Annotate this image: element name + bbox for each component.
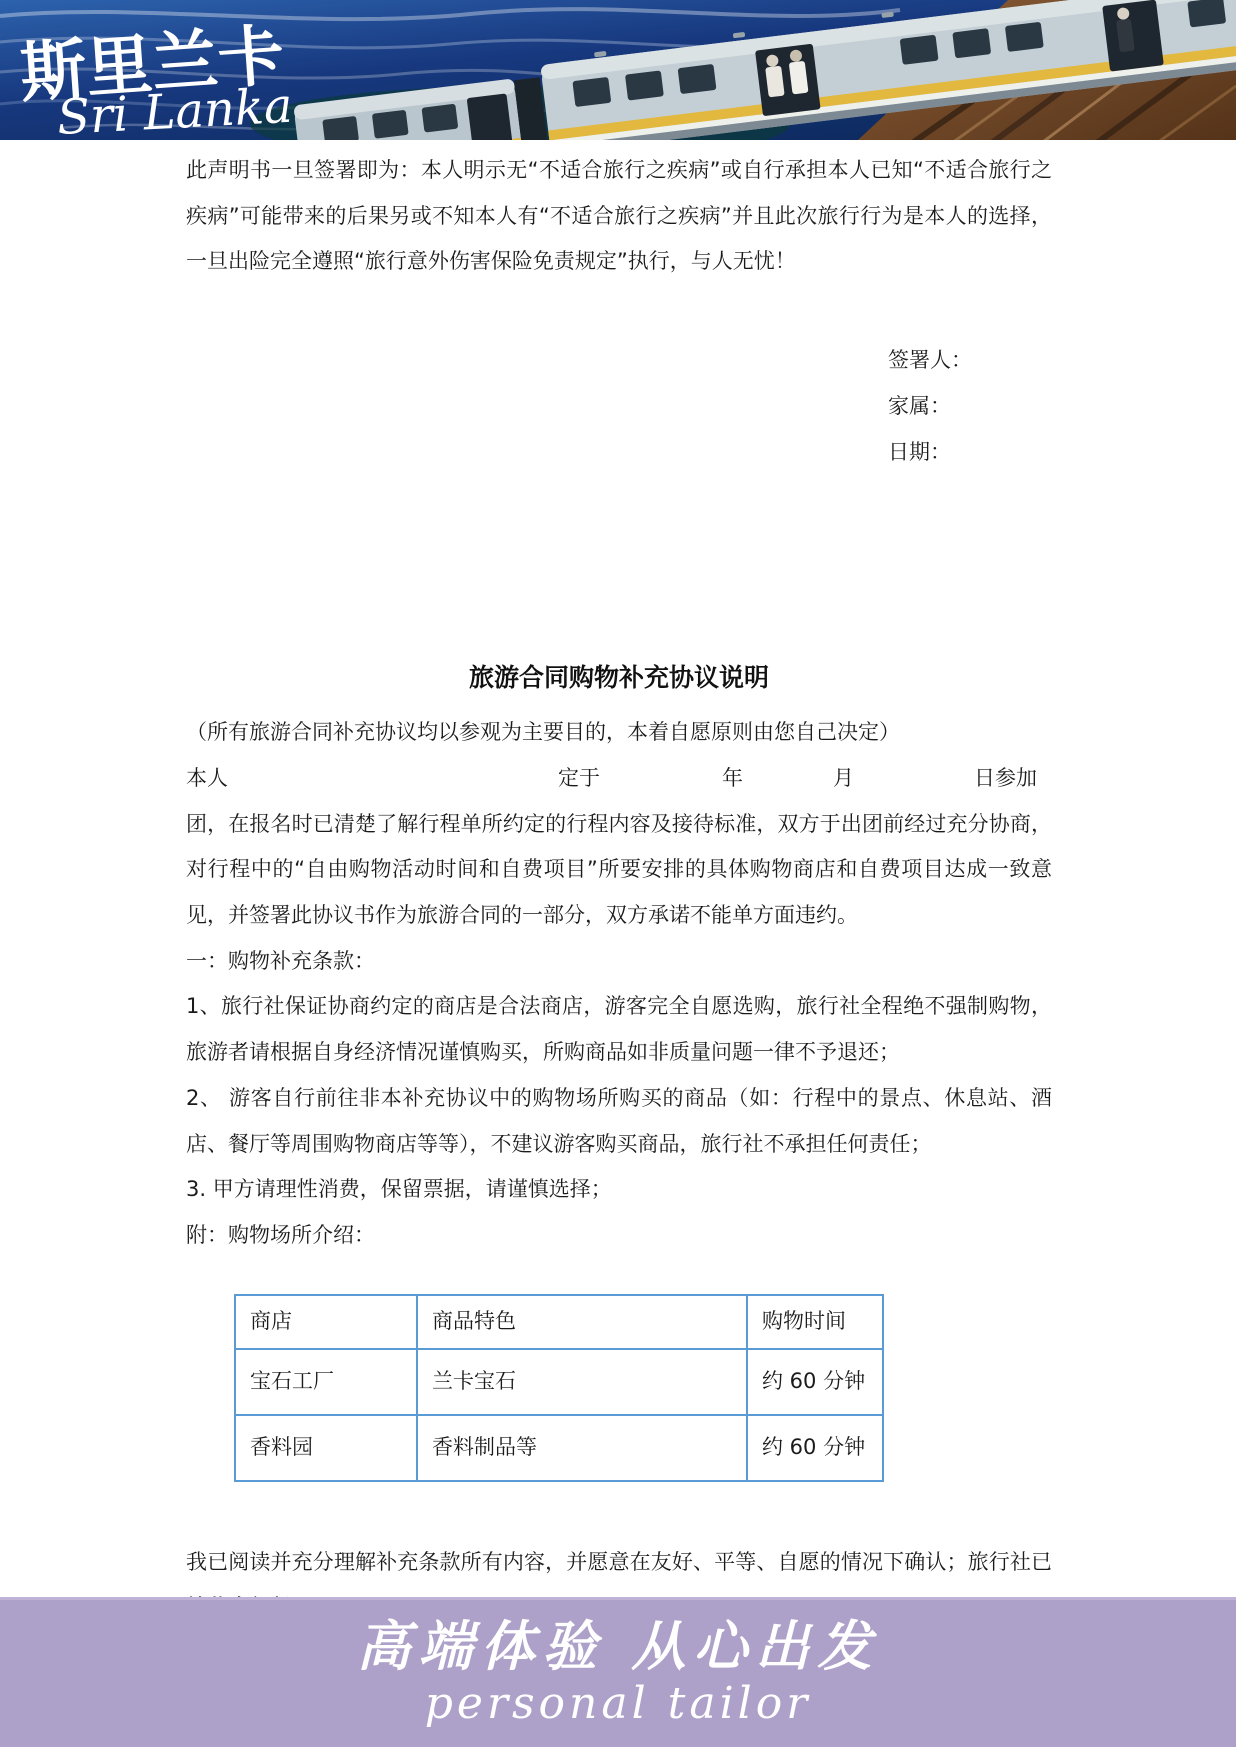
footer-banner: 高端体验 从心出发 personal tailor [0,1597,1236,1747]
fill-in-day: 日参加 [974,756,1037,802]
fill-in-month: 月 [833,756,854,802]
page-title: 旅游合同购物补充协议说明 [186,661,1052,695]
signature-block: 签署人： 家属： 日期： [888,338,1052,475]
date-label: 日期： [888,430,1052,476]
intro-note: （所有旅游合同补充协议均以参观为主要目的，本着自愿原则由您自己决定） [186,710,1052,756]
fill-in-dingyu: 定于 [558,756,600,802]
family-label: 家属： [888,384,1052,430]
clause-3: 3. 甲方请理性消费，保留票据，请谨慎选择； [186,1167,1052,1213]
document-page: 斯里兰卡 Sri Lanka 此声明书一旦签署即为：本人明示无“不适合旅行之疾病… [0,0,1236,1747]
hero-image: 斯里兰卡 Sri Lanka [0,0,1236,140]
header-feature: 商品特色 [417,1295,747,1349]
shopping-venues-table: 商店 商品特色 购物时间 宝石工厂 兰卡宝石 约 60 分钟 香料园 香料制品等… [234,1294,884,1482]
agreement-body: （所有旅游合同补充协议均以参观为主要目的，本着自愿原则由您自己决定） 本人 定于… [186,710,1052,1258]
cell-duration: 约 60 分钟 [747,1349,883,1415]
footer-slogan-cn: 高端体验 从心出发 [0,1616,1236,1678]
footer-slogan-en: personal tailor [0,1678,1236,1730]
cell-feature: 香料制品等 [417,1415,747,1481]
cell-shop: 香料园 [235,1415,417,1481]
fill-in-line: 本人 定于 年 月 日参加 [186,756,1052,802]
document-body: 此声明书一旦签署即为：本人明示无“不适合旅行之疾病”或自行承担本人已知“不适合旅… [186,140,1052,1631]
table-caption: 附：购物场所介绍： [186,1213,1052,1259]
cell-feature: 兰卡宝石 [417,1349,747,1415]
table-header-row: 商店 商品特色 购物时间 [235,1295,883,1349]
table-row: 宝石工厂 兰卡宝石 约 60 分钟 [235,1349,883,1415]
clause-heading: 一：购物补充条款： [186,939,1052,985]
signatory-label: 签署人： [888,338,1052,384]
fill-in-year: 年 [722,756,743,802]
hero-banner: 斯里兰卡 Sri Lanka [0,0,1236,140]
header-shop: 商店 [235,1295,417,1349]
cell-shop: 宝石工厂 [235,1349,417,1415]
cell-duration: 约 60 分钟 [747,1415,883,1481]
clause-1: 1、旅行社保证协商约定的商店是合法商店，游客完全自愿选购，旅行社全程绝不强制购物… [186,984,1052,1075]
fill-in-name: 本人 [186,756,228,802]
declaration-paragraph: 此声明书一旦签署即为：本人明示无“不适合旅行之疾病”或自行承担本人已知“不适合旅… [186,148,1052,285]
clause-2: 2、 游客自行前往非本补充协议中的购物场所购买的商品（如：行程中的景点、休息站、… [186,1076,1052,1167]
table-row: 香料园 香料制品等 约 60 分钟 [235,1415,883,1481]
agreement-paragraph: 团，在报名时已清楚了解行程单所约定的行程内容及接待标准，双方于出团前经过充分协商… [186,802,1052,939]
header-duration: 购物时间 [747,1295,883,1349]
